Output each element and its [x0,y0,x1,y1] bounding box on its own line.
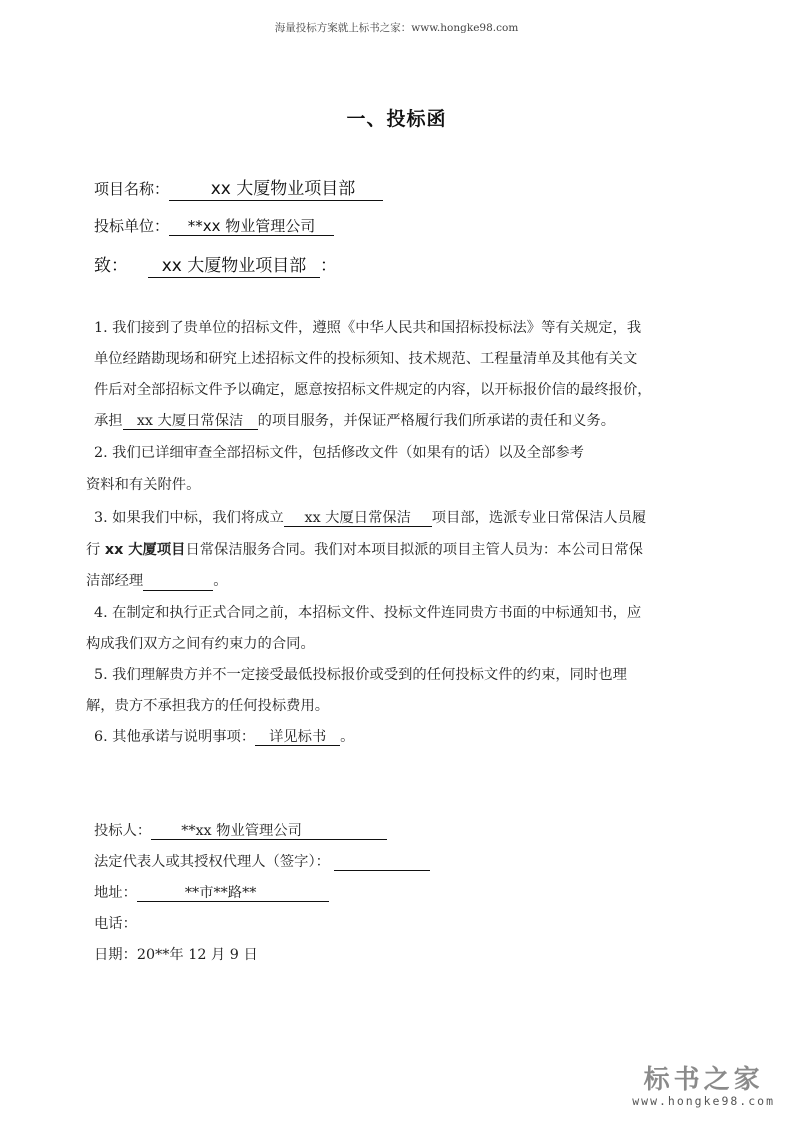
representative-label: 法定代表人或其授权代理人（签字）： [94,854,330,870]
project-name-row: 项目名称：xx 大厦物业项目部 [94,178,383,201]
page-header: 海量投标方案就上标书之家：www.hongke98.com [0,20,793,35]
manager-name-fill [143,572,213,591]
clause-1-line-2: 单位经踏勘现场和研究上述招标文件的投标须知、技术规范、工程量清单及其他有关文 [94,349,637,369]
bidder-unit-label: 投标单位： [94,217,169,235]
clause-6-text: 6. 其他承诺与说明事项： [94,729,255,745]
clause-3-line-2: 行 xx 大厦项目日常保洁服务合同。我们对本项目拟派的项目主管人员为：本公司日常… [86,540,643,560]
addressee-row: 致：xx 大厦物业项目部： [94,251,337,278]
clause-3-line-1: 3. 如果我们中标，我们将成立xx 大厦日常保洁项目部，选派专业日常保洁人员履 [94,508,646,528]
addressee-value: xx 大厦物业项目部 [148,257,320,278]
other-commitments-fill: 详见标书 [255,729,340,746]
clause-3-text-2: 行 [86,542,105,558]
page-title: 一、投标函 [0,104,793,131]
project-dept-fill: xx 大厦日常保洁 [284,510,432,527]
bidder-value: **xx 物业管理公司 [151,823,387,840]
address-label: 地址： [94,885,137,901]
project-name-value: xx 大厦物业项目部 [169,180,383,201]
clause-3-line-3: 洁部经理。 [86,571,227,591]
clause-3-text-3: 日常保洁服务合同。我们对本项目拟派的项目主管人员为：本公司日常保 [185,542,643,558]
clause-2-line-1: 2. 我们已详细审查全部招标文件，包括修改文件（如果有的话）以及全部参考 [94,443,584,463]
clause-3-text: 3. 如果我们中标，我们将成立 [94,510,284,526]
clause-1-text-end: 的项目服务，并保证严格履行我们所承诺的责任和义务。 [258,413,615,429]
bidder-unit-value: **xx 物业管理公司 [169,218,334,236]
clause-1-line-1: 1. 我们接到了贵单位的招标文件，遵照《中华人民共和国招标投标法》等有关规定，我 [94,318,641,338]
site-logo: 标书之家 www.hongke98.com [632,1059,775,1108]
phone-row: 电话： [94,913,137,933]
clause-4-line-2: 构成我们双方之间有约束力的合同。 [86,634,315,654]
clause-1-line-3: 件后对全部招标文件予以确定，愿意按招标文件规定的内容，以开标报价信的最终报价， [94,380,652,400]
project-name-label: 项目名称： [94,180,169,198]
clause-1-text: 承担 [94,413,123,429]
representative-signature-fill [334,852,430,871]
phone-label: 电话： [94,916,137,932]
bidder-label: 投标人： [94,823,151,839]
clause-2-line-2: 资料和有关附件。 [86,475,200,495]
clause-4-line-1: 4. 在制定和执行正式合同之前，本招标文件、投标文件连同贵方书面的中标通知书，应 [94,603,641,623]
bidder-unit-row: 投标单位：**xx 物业管理公司 [94,215,334,236]
logo-url: www.hongke98.com [632,1094,775,1108]
clause-6-line: 6. 其他承诺与说明事项：详见标书。 [94,727,354,747]
clause-3-text-end: 。 [213,573,227,589]
service-name-fill: xx 大厦日常保洁 [123,413,258,430]
clause-6-end: 。 [340,729,354,745]
address-value: **市**路** [137,885,329,902]
addressee-colon: ： [320,256,337,276]
date-row: 日期：20**年 12 月 9 日 [94,944,258,964]
addressee-label: 致： [94,256,128,276]
representative-row: 法定代表人或其授权代理人（签字）： [94,851,430,871]
date-value: 20**年 12 月 9 日 [137,947,258,963]
clause-5-line-2: 解，贵方不承担我方的任何投标费用。 [86,696,329,716]
logo-name: 标书之家 [632,1059,775,1096]
project-name-bold: xx 大厦项目 [105,542,186,558]
clause-5-line-1: 5. 我们理解贵方并不一定接受最低投标报价或受到的任何投标文件的约束，同时也理 [94,665,627,685]
bidder-row: 投标人：**xx 物业管理公司 [94,820,387,840]
date-label: 日期： [94,947,137,963]
clause-3-text-cont: 项目部，选派专业日常保洁人员履 [432,510,646,526]
clause-3-text-4: 洁部经理 [86,573,143,589]
clause-1-line-4: 承担xx 大厦日常保洁的项目服务，并保证严格履行我们所承诺的责任和义务。 [94,411,615,431]
address-row: 地址：**市**路** [94,882,329,902]
